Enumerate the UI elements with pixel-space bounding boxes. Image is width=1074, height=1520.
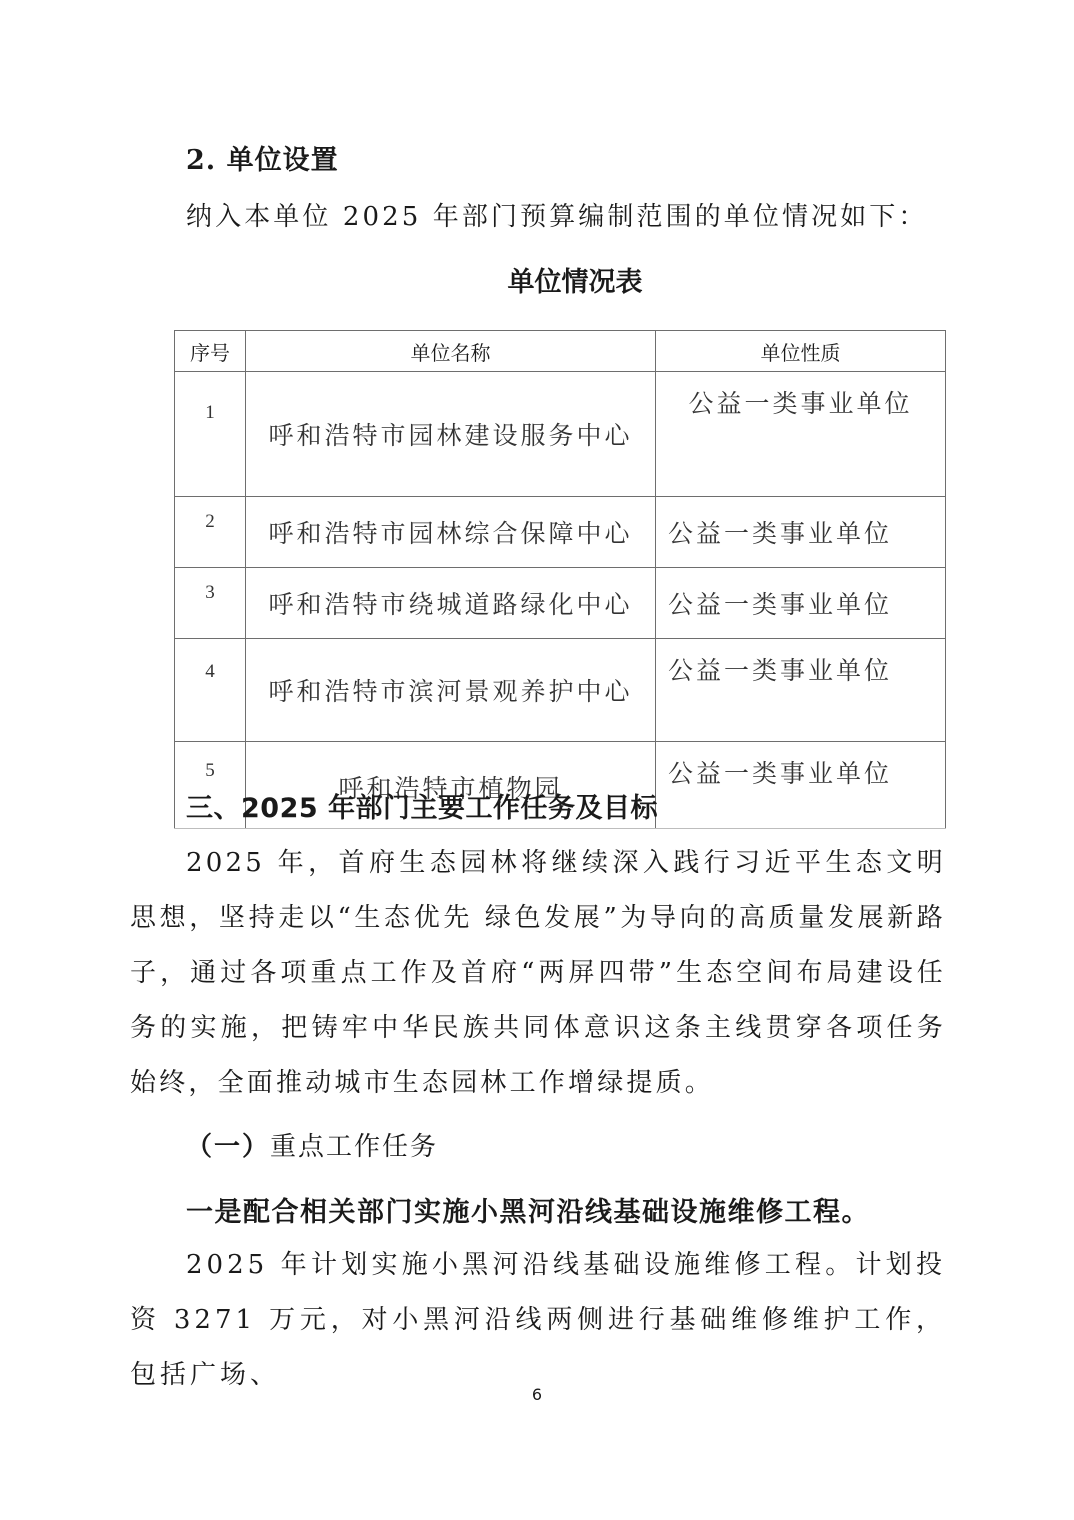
table-row: 3 呼和浩特市绕城道路绿化中心 公益一类事业单位 [175, 568, 946, 639]
table-row: 4 呼和浩特市滨河景观养护中心 公益一类事业单位 [175, 639, 946, 742]
header-nature: 单位性质 [656, 331, 946, 372]
header-name: 单位名称 [246, 331, 656, 372]
row-unit-nature: 公益一类事业单位 [656, 497, 946, 568]
task-item-heading: 一是配合相关部门实施小黑河沿线基础设施维修工程。 [186, 1190, 870, 1229]
key-tasks-heading: （一）重点工作任务 [186, 1126, 438, 1163]
row-index: 3 [175, 568, 246, 639]
page-number: 6 [0, 1385, 1074, 1404]
table-row: 1 呼和浩特市园林建设服务中心 公益一类事业单位 [175, 372, 946, 497]
heading-number: （一） [186, 1132, 270, 1162]
row-unit-name: 呼和浩特市园林综合保障中心 [246, 497, 656, 568]
table-row: 2 呼和浩特市园林综合保障中心 公益一类事业单位 [175, 497, 946, 568]
units-table: 序号 单位名称 单位性质 1 呼和浩特市园林建设服务中心 公益一类事业单位 2 … [174, 330, 946, 829]
row-unit-name: 呼和浩特市园林建设服务中心 [246, 372, 656, 497]
row-unit-name: 呼和浩特市滨河景观养护中心 [246, 639, 656, 742]
row-unit-nature: 公益一类事业单位 [656, 639, 946, 742]
table-header-row: 序号 单位名称 单位性质 [175, 331, 946, 372]
row-index: 4 [175, 639, 246, 742]
task-item-paragraph: 2025 年计划实施小黑河沿线基础设施维修工程。计划投资 3271 万元，对小黑… [130, 1238, 946, 1403]
row-unit-nature: 公益一类事业单位 [656, 742, 946, 829]
intro-text: 纳入本单位 2025 年部门预算编制范围的单位情况如下： [186, 196, 928, 233]
header-index: 序号 [175, 331, 246, 372]
row-unit-nature: 公益一类事业单位 [656, 372, 946, 497]
section-paragraph: 2025 年，首府生态园林将继续深入践行习近平生态文明思想，坚持走以“生态优先 … [130, 836, 946, 1111]
row-index: 2 [175, 497, 246, 568]
subsection-heading: 2. 单位设置 [186, 138, 339, 177]
row-unit-name: 呼和浩特市绕城道路绿化中心 [246, 568, 656, 639]
table-title: 单位情况表 [0, 260, 1074, 299]
section-heading: 三、2025 年部门主要工作任务及目标 [186, 786, 658, 825]
row-unit-nature: 公益一类事业单位 [656, 568, 946, 639]
heading-text: 重点工作任务 [270, 1132, 438, 1162]
row-index: 1 [175, 372, 246, 497]
